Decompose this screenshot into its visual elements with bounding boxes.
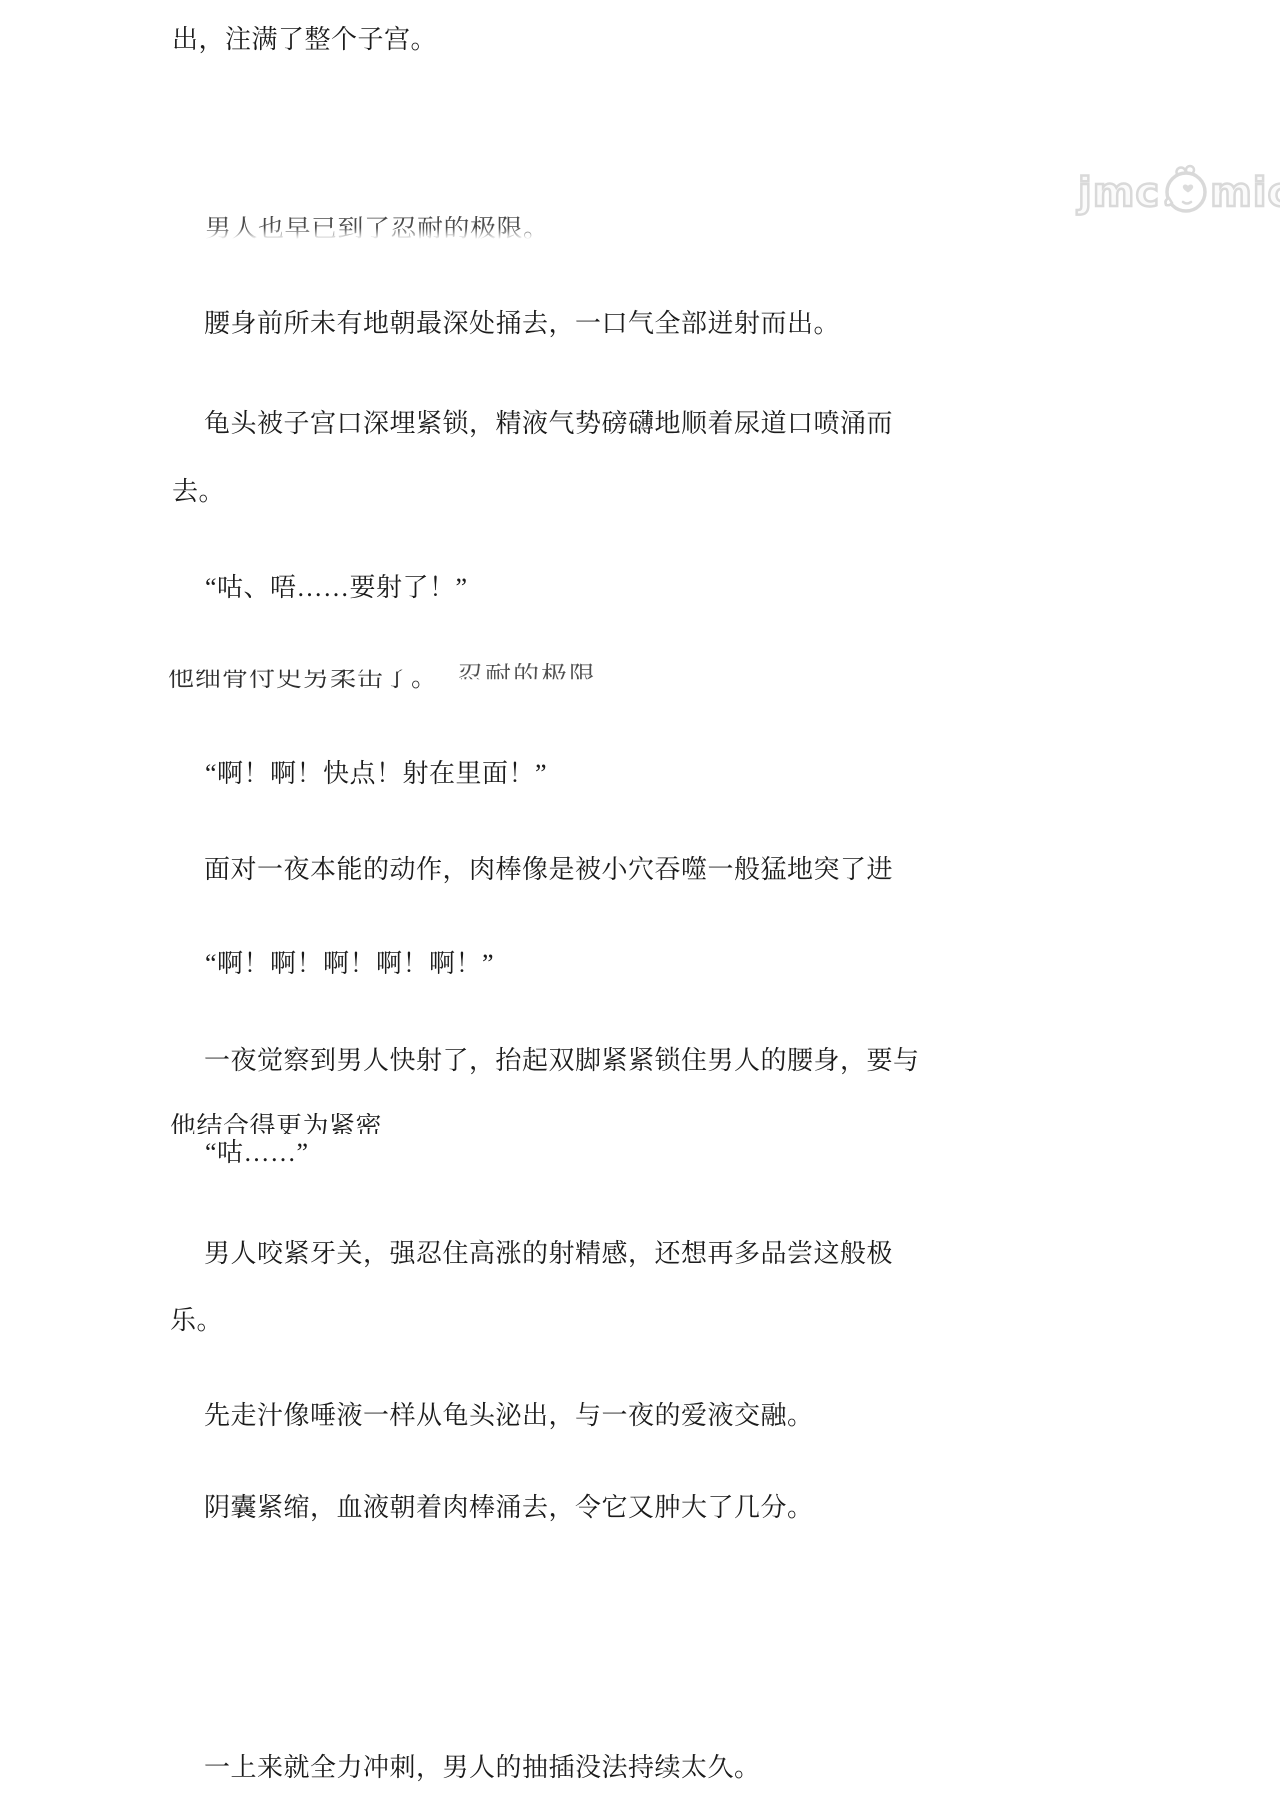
corrupted-text-overlap: 他细骨付史另柔缶了。 忍耐的极限 <box>168 664 688 696</box>
corrupted-fragment-top: 忍耐的极限 <box>457 663 597 691</box>
text-line-quote-3: “啊！啊！啊！啊！啊！” <box>205 950 494 978</box>
jmcomic-mascot-icon <box>1159 162 1211 218</box>
text-line-paragraph-1: 腰身前所未有地朝最深处捅去，一口气全部迸射而出。 <box>204 310 840 338</box>
jmcomic-watermark: jmc mic <box>1078 168 1280 218</box>
corrupted-fragment-bottom: 他细骨付史另柔缶了。 <box>168 664 438 692</box>
document-page: 出，注满了整个子宫。 男人也早已到了忍耐的极限。 腰身前所未有地朝最深处捅去，一… <box>0 0 1280 1811</box>
text-line-ghost: 男人也早已到了忍耐的极限。 <box>205 216 550 239</box>
text-line-quote-2: “啊！啊！快点！射在里面！” <box>205 760 547 788</box>
text-line-paragraph-2a: 龟头被子宫口深埋紧锁，精液气势磅礴地顺着尿道口喷涌而 <box>204 410 893 438</box>
text-line-paragraph-4b-clipped: 他结合得更为紧密 <box>170 1113 382 1134</box>
text-line-paragraph-6: 先走汁像唾液一样从龟头泌出，与一夜的爱液交融。 <box>204 1402 814 1430</box>
watermark-text-jmc: jmc <box>1078 170 1160 216</box>
text-line-paragraph-5a: 男人咬紧牙关，强忍住高涨的射精感，还想再多品尝这般极 <box>204 1240 893 1268</box>
watermark-text-mic: mic <box>1210 170 1280 216</box>
text-line-quote-4: “咕……” <box>205 1139 309 1167</box>
text-line-paragraph-3: 面对一夜本能的动作，肉棒像是被小穴吞噬一般猛地突了进 <box>204 856 893 884</box>
text-line-paragraph-2b: 去。 <box>172 478 225 506</box>
text-line-quote-1: “咕、唔……要射了！” <box>205 574 468 602</box>
text-line-paragraph-5b: 乐。 <box>170 1307 223 1335</box>
text-line-paragraph-7: 阴囊紧缩，血液朝着肉棒涌去，令它又肿大了几分。 <box>204 1494 814 1522</box>
text-line-continuation-1: 出，注满了整个子宫。 <box>172 26 437 54</box>
text-line-paragraph-4a: 一夜觉察到男人快射了，抬起双脚紧紧锁住男人的腰身，要与 <box>204 1047 920 1075</box>
text-line-paragraph-8: 一上来就全力冲刺，男人的抽插没法持续太久。 <box>204 1754 761 1782</box>
